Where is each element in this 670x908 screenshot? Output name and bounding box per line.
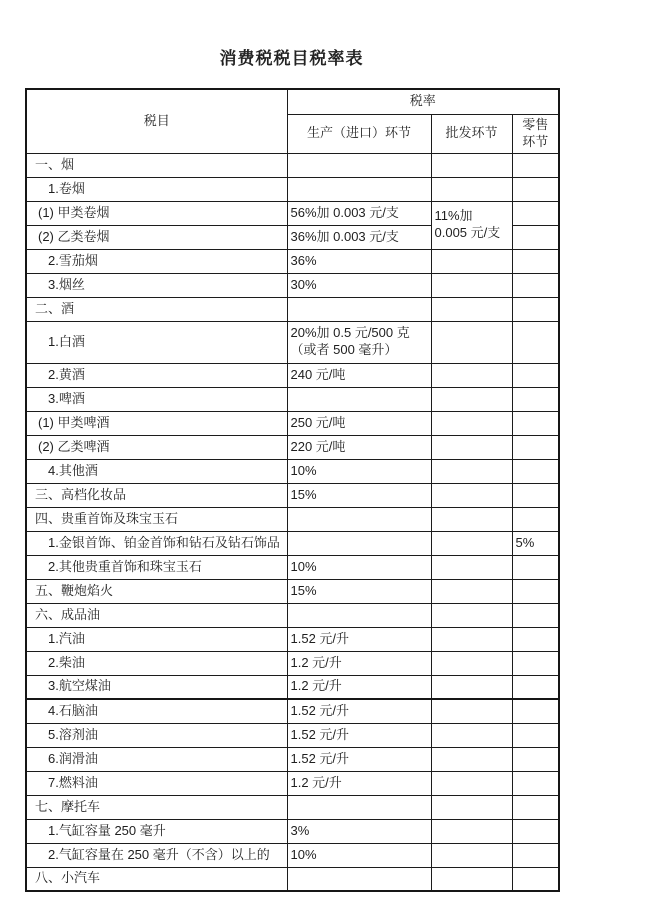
item-cell: (1) 甲类卷烟 (26, 201, 287, 225)
wholesale-rate-cell (431, 675, 512, 699)
retail-rate-cell (512, 201, 559, 225)
wholesale-rate-cell (431, 435, 512, 459)
retail-rate-cell (512, 387, 559, 411)
table-row: 三、高档化妆品15% (26, 483, 559, 507)
wholesale-rate-cell (431, 249, 512, 273)
item-cell: 1.金银首饰、铂金首饰和钻石及钻石饰品 (26, 531, 287, 555)
production-rate-cell (287, 297, 431, 321)
retail-rate-cell (512, 297, 559, 321)
header-row-1: 税目 税率 (26, 89, 559, 114)
item-cell: 7.燃料油 (26, 771, 287, 795)
table-row: 7.燃料油1.2 元/升 (26, 771, 559, 795)
wholesale-rate-cell (431, 867, 512, 891)
item-cell: 二、酒 (26, 297, 287, 321)
retail-rate-cell (512, 177, 559, 201)
table-row: 5.溶剂油1.52 元/升 (26, 723, 559, 747)
retail-rate-cell (512, 459, 559, 483)
item-cell: 2.柴油 (26, 651, 287, 675)
wholesale-rate-cell (431, 651, 512, 675)
wholesale-rate-cell (431, 627, 512, 651)
retail-rate-cell (512, 273, 559, 297)
retail-rate-cell (512, 363, 559, 387)
production-rate-cell (287, 507, 431, 531)
item-cell: 4.其他酒 (26, 459, 287, 483)
retail-rate-cell (512, 843, 559, 867)
production-rate-cell: 10% (287, 843, 431, 867)
wholesale-rate-cell (431, 273, 512, 297)
production-rate-cell (287, 177, 431, 201)
production-rate-cell: 36% (287, 249, 431, 273)
retail-rate-cell (512, 555, 559, 579)
item-cell: 1.气缸容量 250 毫升 (26, 819, 287, 843)
table-row: (2) 乙类啤酒220 元/吨 (26, 435, 559, 459)
item-cell: 1.卷烟 (26, 177, 287, 201)
wholesale-rate-cell (431, 321, 512, 363)
document-page: 消费税税目税率表 税目 税率 生产（进口）环节 批发环节 零售 环节 一、烟1.… (0, 0, 670, 908)
table-row: 6.润滑油1.52 元/升 (26, 747, 559, 771)
production-rate-cell: 1.52 元/升 (287, 627, 431, 651)
item-cell: (1) 甲类啤酒 (26, 411, 287, 435)
production-rate-cell: 1.2 元/升 (287, 675, 431, 699)
table-row: 二、酒 (26, 297, 559, 321)
item-cell: (2) 乙类啤酒 (26, 435, 287, 459)
wholesale-rate-cell (431, 771, 512, 795)
table-row: 2.其他贵重首饰和珠宝玉石10% (26, 555, 559, 579)
header-cell-wholesale-stage: 批发环节 (431, 114, 512, 153)
table-row: 1.卷烟 (26, 177, 559, 201)
retail-rate-cell (512, 675, 559, 699)
production-rate-cell (287, 531, 431, 555)
wholesale-rate-cell (431, 387, 512, 411)
item-cell: 五、鞭炮焰火 (26, 579, 287, 603)
item-cell: 3.烟丝 (26, 273, 287, 297)
header-cell-item: 税目 (26, 89, 287, 153)
production-rate-cell: 10% (287, 459, 431, 483)
item-cell: 2.其他贵重首饰和珠宝玉石 (26, 555, 287, 579)
item-cell: 1.白酒 (26, 321, 287, 363)
table-row: 1.汽油1.52 元/升 (26, 627, 559, 651)
retail-rate-cell (512, 603, 559, 627)
retail-rate-cell (512, 579, 559, 603)
wholesale-rate-cell (431, 603, 512, 627)
production-rate-cell: 1.52 元/升 (287, 699, 431, 723)
production-rate-cell: 3% (287, 819, 431, 843)
header-cell-production-stage: 生产（进口）环节 (287, 114, 431, 153)
item-cell: 1.汽油 (26, 627, 287, 651)
table-row: 2.黄酒240 元/吨 (26, 363, 559, 387)
item-cell: 一、烟 (26, 153, 287, 177)
item-cell: (2) 乙类卷烟 (26, 225, 287, 249)
wholesale-rate-cell (431, 795, 512, 819)
wholesale-rate-cell (431, 483, 512, 507)
retail-rate-cell (512, 483, 559, 507)
wholesale-rate-cell (431, 507, 512, 531)
retail-rate-cell (512, 153, 559, 177)
production-rate-cell: 1.52 元/升 (287, 723, 431, 747)
production-rate-cell: 30% (287, 273, 431, 297)
retail-rate-cell: 5% (512, 531, 559, 555)
wholesale-rate-cell (431, 819, 512, 843)
table-row: 五、鞭炮焰火15% (26, 579, 559, 603)
tax-table-header: 税目 税率 生产（进口）环节 批发环节 零售 环节 (26, 89, 559, 153)
production-rate-cell (287, 603, 431, 627)
wholesale-rate-cell (431, 459, 512, 483)
table-row: 3.烟丝30% (26, 273, 559, 297)
production-rate-cell: 15% (287, 579, 431, 603)
production-rate-cell: 56%加 0.003 元/支 (287, 201, 431, 225)
header-cell-retail-stage: 零售 环节 (512, 114, 559, 153)
wholesale-rate-cell (431, 411, 512, 435)
production-rate-cell: 1.2 元/升 (287, 771, 431, 795)
table-row: 2.柴油1.2 元/升 (26, 651, 559, 675)
table-row: (1) 甲类卷烟56%加 0.003 元/支11%加 0.005 元/支 (26, 201, 559, 225)
tax-rate-table: 税目 税率 生产（进口）环节 批发环节 零售 环节 一、烟1.卷烟(1) 甲类卷… (25, 88, 560, 892)
retail-rate-cell (512, 627, 559, 651)
table-row: 六、成品油 (26, 603, 559, 627)
item-cell: 3.啤酒 (26, 387, 287, 411)
wholesale-rate-cell (431, 699, 512, 723)
header-cell-rate: 税率 (287, 89, 559, 114)
item-cell: 六、成品油 (26, 603, 287, 627)
item-cell: 2.黄酒 (26, 363, 287, 387)
production-rate-cell: 1.52 元/升 (287, 747, 431, 771)
production-rate-cell: 10% (287, 555, 431, 579)
retail-rate-cell (512, 435, 559, 459)
retail-rate-cell (512, 795, 559, 819)
retail-rate-cell (512, 411, 559, 435)
tax-table-body: 一、烟1.卷烟(1) 甲类卷烟56%加 0.003 元/支11%加 0.005 … (26, 153, 559, 891)
item-cell: 四、贵重首饰及珠宝玉石 (26, 507, 287, 531)
table-row: 1.金银首饰、铂金首饰和钻石及钻石饰品5% (26, 531, 559, 555)
production-rate-cell (287, 153, 431, 177)
wholesale-rate-cell (431, 843, 512, 867)
retail-rate-cell (512, 507, 559, 531)
production-rate-cell (287, 795, 431, 819)
wholesale-rate-cell (431, 531, 512, 555)
production-rate-cell (287, 867, 431, 891)
item-cell: 2.雪茄烟 (26, 249, 287, 273)
production-rate-cell (287, 387, 431, 411)
item-cell: 八、小汽车 (26, 867, 287, 891)
retail-rate-cell (512, 771, 559, 795)
wholesale-rate-cell (431, 723, 512, 747)
wholesale-rate-cell (431, 555, 512, 579)
table-row: 1.白酒20%加 0.5 元/500 克 （或者 500 毫升） (26, 321, 559, 363)
item-cell: 七、摩托车 (26, 795, 287, 819)
item-cell: 4.石脑油 (26, 699, 287, 723)
table-row: 2.气缸容量在 250 毫升（不含）以上的10% (26, 843, 559, 867)
production-rate-cell: 15% (287, 483, 431, 507)
retail-rate-cell (512, 225, 559, 249)
wholesale-rate-cell (431, 747, 512, 771)
table-row: 4.其他酒10% (26, 459, 559, 483)
table-row: 七、摩托车 (26, 795, 559, 819)
table-row: 4.石脑油1.52 元/升 (26, 699, 559, 723)
retail-rate-cell (512, 249, 559, 273)
item-cell: 三、高档化妆品 (26, 483, 287, 507)
production-rate-cell: 220 元/吨 (287, 435, 431, 459)
retail-rate-cell (512, 747, 559, 771)
table-row: 一、烟 (26, 153, 559, 177)
wholesale-rate-cell (431, 297, 512, 321)
table-row: (1) 甲类啤酒250 元/吨 (26, 411, 559, 435)
table-row: 2.雪茄烟36% (26, 249, 559, 273)
item-cell: 6.润滑油 (26, 747, 287, 771)
retail-rate-cell (512, 321, 559, 363)
table-row: 八、小汽车 (26, 867, 559, 891)
table-row: 3.啤酒 (26, 387, 559, 411)
wholesale-rate-cell (431, 363, 512, 387)
production-rate-cell: 20%加 0.5 元/500 克 （或者 500 毫升） (287, 321, 431, 363)
retail-rate-cell (512, 819, 559, 843)
production-rate-cell: 1.2 元/升 (287, 651, 431, 675)
page-title: 消费税税目税率表 (25, 44, 558, 69)
table-row: 3.航空煤油1.2 元/升 (26, 675, 559, 699)
wholesale-rate-cell: 11%加 0.005 元/支 (431, 201, 512, 249)
item-cell: 2.气缸容量在 250 毫升（不含）以上的 (26, 843, 287, 867)
production-rate-cell: 240 元/吨 (287, 363, 431, 387)
retail-rate-cell (512, 723, 559, 747)
item-cell: 5.溶剂油 (26, 723, 287, 747)
retail-rate-cell (512, 867, 559, 891)
table-row: 四、贵重首饰及珠宝玉石 (26, 507, 559, 531)
table-row: 1.气缸容量 250 毫升3% (26, 819, 559, 843)
retail-rate-cell (512, 651, 559, 675)
item-cell: 3.航空煤油 (26, 675, 287, 699)
retail-rate-cell (512, 699, 559, 723)
wholesale-rate-cell (431, 153, 512, 177)
wholesale-rate-cell (431, 177, 512, 201)
production-rate-cell: 36%加 0.003 元/支 (287, 225, 431, 249)
wholesale-rate-cell (431, 579, 512, 603)
production-rate-cell: 250 元/吨 (287, 411, 431, 435)
